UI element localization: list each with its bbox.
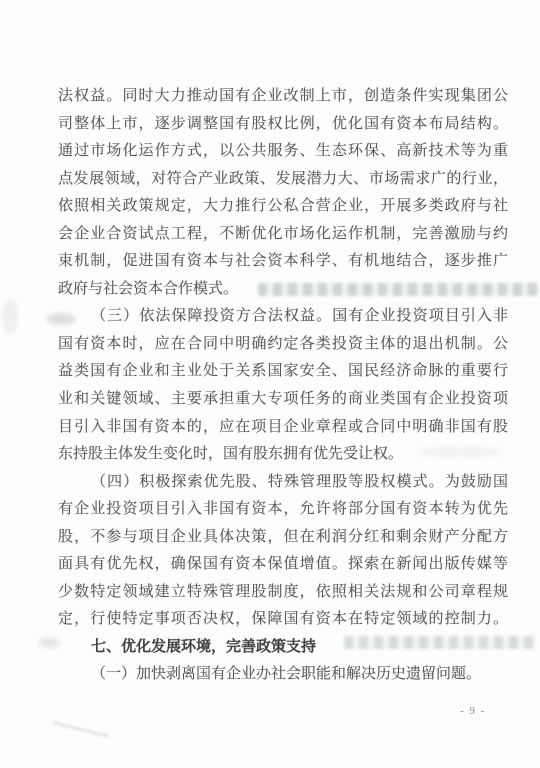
text-line: 点发展领域，对符合产业政策、发展潜力大、市场需求广的行业， (58, 166, 508, 194)
text-line: 少数特定领域建立特殊管理股制度，依照相关法规和公司章程规 (58, 579, 508, 607)
text-line: 目引入非国有资本的，应在项目企业章程或合同中明确非国有股 (58, 414, 508, 442)
text-line: 股，不参与项目企业具体决策，但在利润分红和剩余财产分配方 (58, 524, 508, 552)
text-line: （三）依法保障投资方合法权益。国有企业投资项目引入非 (58, 303, 508, 331)
text-line: 通过市场化运作方式，以公共服务、生态环保、高新技术等为重 (58, 138, 508, 166)
scan-smudge-artifact (2, 300, 18, 334)
text-line: 束机制，促进国有资本与社会资本科学、有机地结合，逐步推广 (58, 248, 508, 276)
text-line: （四）积极探索优先股、特殊管理股等股权模式。为鼓励国 (58, 469, 508, 497)
text-line: 国有资本时，应在合同中明确约定各类投资主体的退出机制。公 (58, 331, 508, 359)
text-line: 面具有优先权，确保国有资本保值增值。探索在新闻出版传媒等 (58, 551, 508, 579)
page-number: - 9 - (460, 705, 486, 717)
text-line: 东持股主体发生变化时，国有股东拥有优先受让权。 (58, 441, 508, 469)
text-line: 有企业投资项目引入非国有资本，允许将部分国有资本转为优先 (58, 496, 508, 524)
text-line: 法权益。同时大力推动国有企业改制上市，创造条件实现集团公 (58, 83, 508, 111)
document-body: 法权益。同时大力推动国有企业改制上市，创造条件实现集团公 司整体上市，逐步调整国… (58, 83, 508, 689)
text-line: 政府与社会资本合作模式。 (58, 276, 508, 304)
text-line: 业和关键领域、主要承担重大专项任务的商业类国有企业投资项 (58, 386, 508, 414)
text-line: 依照相关政策规定，大力推行公私合营企业，开展多类政府与社 (58, 193, 508, 221)
text-line: 益类国有企业和主业处于关系国家安全、国民经济命脉的重要行 (58, 358, 508, 386)
scan-smudge-artifact (38, 638, 60, 648)
scan-smudge-artifact (52, 721, 109, 738)
text-line: 会企业合资试点工程，不断优化市场化运作机制，完善激励与约 (58, 221, 508, 249)
section-heading: 七、优化发展环境，完善政策支持 (58, 634, 508, 662)
text-line: （一）加快剥离国有企业办社会职能和解决历史遗留问题。 (58, 661, 508, 689)
text-line: 司整体上市，逐步调整国有股权比例，优化国有资本布局结构。 (58, 111, 508, 139)
document-page: 法权益。同时大力推动国有企业改制上市，创造条件实现集团公 司整体上市，逐步调整国… (0, 0, 540, 768)
text-line: 定，行使特定事项否决权，保障国有资本在特定领域的控制力。 (58, 606, 508, 634)
